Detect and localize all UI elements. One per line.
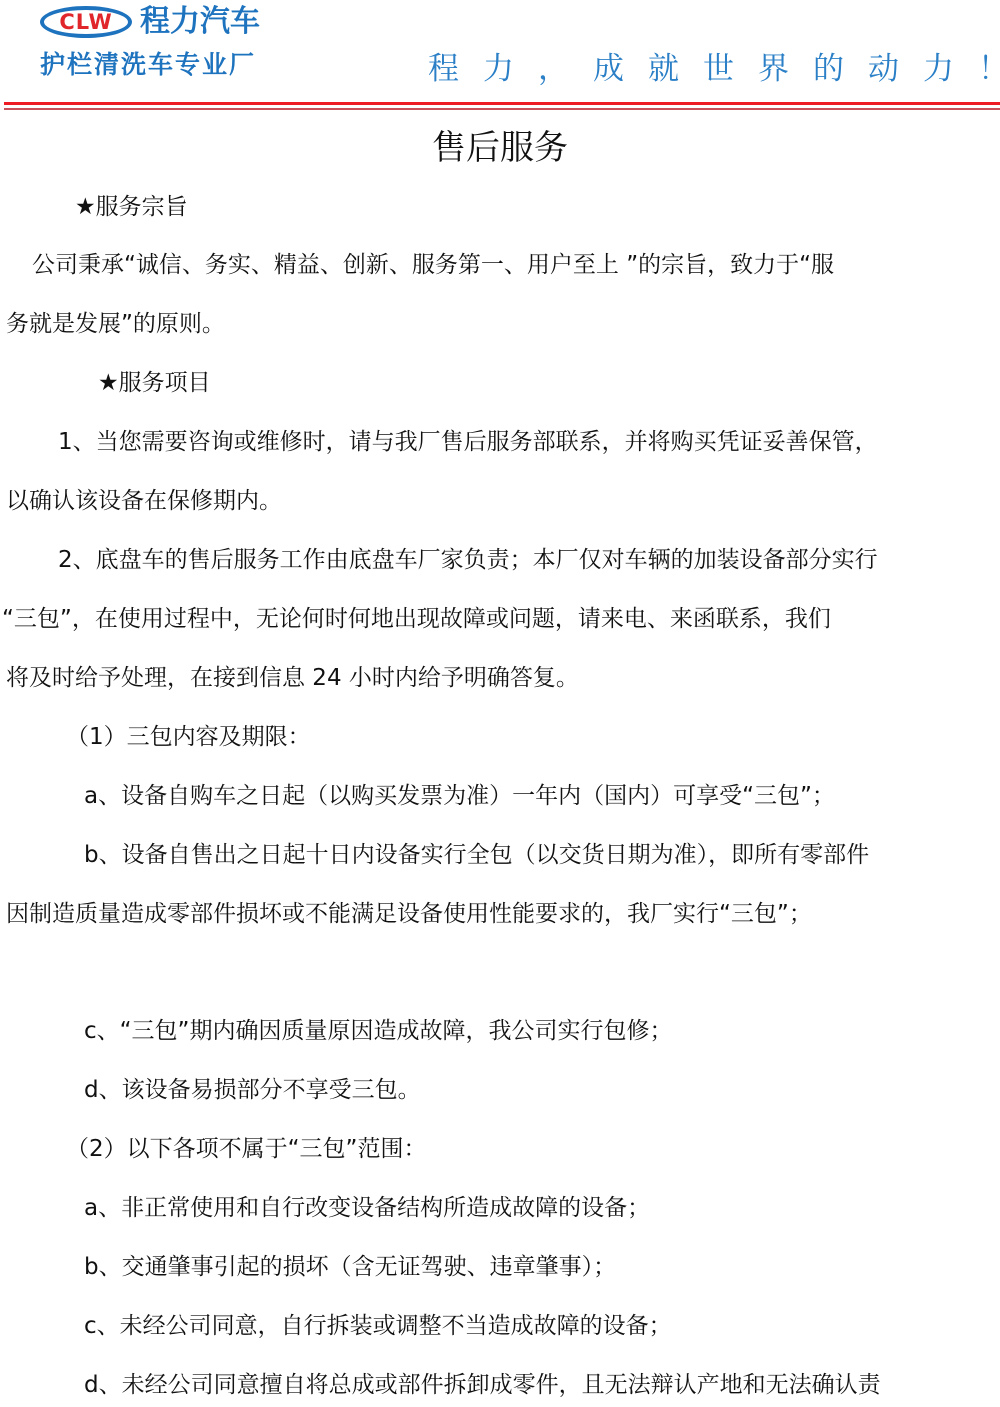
- paragraph-line: 1、当您需要咨询或维修时，请与我厂售后服务部联系，并将购买凭证妥善保管，: [58, 427, 878, 457]
- header-divider-red: [4, 102, 1000, 105]
- paragraph-line: 2、底盘车的售后服务工作由底盘车厂家负责；本厂仅对车辆的加装设备部分实行: [58, 545, 878, 575]
- brand-name: 程力汽车: [140, 7, 260, 37]
- list-item: c、“三包”期内确因质量原因造成故障，我公司实行包修；: [84, 1016, 672, 1046]
- list-item: 因制造质量造成零部件损坏或不能满足设备使用性能要求的，我厂实行“三包”；: [6, 899, 812, 929]
- slogan: 程力，成就世界的动力！: [428, 54, 1000, 85]
- header-divider-thin: [4, 108, 1000, 110]
- list-item: b、设备自售出之日起十日内设备实行全包（以交货日期为准），即所有零部件: [84, 840, 869, 870]
- section-heading-purpose: ★服务宗旨: [75, 192, 188, 222]
- subsection-heading: （1）三包内容及期限：: [66, 722, 311, 752]
- paragraph-line: 务就是发展”的原则。: [6, 309, 225, 339]
- paragraph-line: 公司秉承“诚信、务实、精益、创新、服务第一、用户至上 ”的宗旨，致力于“服: [32, 250, 834, 280]
- brand-subtitle: 护栏清洗车专业厂: [40, 52, 256, 77]
- page-title: 售后服务: [0, 126, 1000, 170]
- list-item: b、交通肇事引起的损坏（含无证驾驶、违章肇事）；: [84, 1252, 616, 1282]
- list-item: a、非正常使用和自行改变设备结构所造成故障的设备；: [84, 1193, 650, 1223]
- list-item: a、设备自购车之日起（以购买发票为准）一年内（国内）可享受“三包”；: [84, 781, 835, 811]
- subsection-heading: （2）以下各项不属于“三包”范围：: [66, 1134, 426, 1164]
- list-item: d、未经公司同意擅自将总成或部件拆卸成零件，且无法辩认产地和无法确认责: [84, 1370, 881, 1400]
- list-item: d、该设备易损部分不享受三包。: [84, 1075, 421, 1105]
- list-item: c、未经公司同意，自行拆装或调整不当造成故障的设备；: [84, 1311, 672, 1341]
- logo-text: CLW: [59, 12, 112, 33]
- company-logo: CLW 程力汽车: [40, 4, 260, 40]
- paragraph-line: 将及时给予处理，在接到信息 24 小时内给予明确答复。: [6, 663, 579, 693]
- paragraph-line: “三包”，在使用过程中，无论何时何地出现故障或问题，请来电、来函联系，我们: [2, 604, 831, 634]
- clw-logo-icon: CLW: [40, 6, 132, 38]
- letterhead: CLW 程力汽车 护栏清洗车专业厂 程力，成就世界的动力！: [0, 0, 1000, 110]
- section-heading-items: ★服务项目: [98, 368, 211, 398]
- paragraph-line: 以确认该设备在保修期内。: [6, 486, 282, 516]
